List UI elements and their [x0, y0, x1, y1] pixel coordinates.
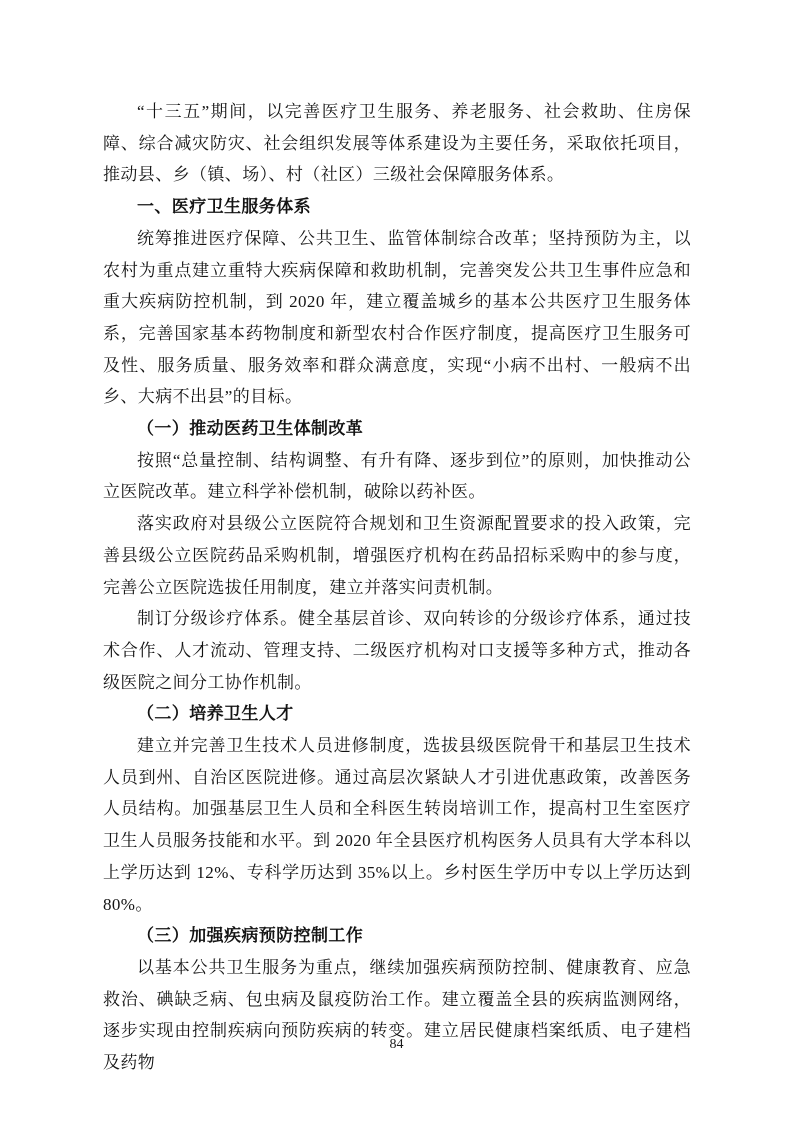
document-content: “十三五”期间，以完善医疗卫生服务、养老服务、社会救助、住房保障、综合减灾防灾、…	[103, 96, 691, 1079]
heading-promote-medical-system-reform: （一）推动医药卫生体制改革	[103, 413, 691, 445]
heading-strengthen-disease-prevention: （三）加强疾病预防控制工作	[103, 920, 691, 952]
paragraph-medical-health-overview: 统筹推进医疗保障、公共卫生、监管体制综合改革；坚持预防为主，以农村为重点建立重特…	[103, 223, 691, 413]
paragraph-county-hospital-policy: 落实政府对县级公立医院符合规划和卫生资源配置要求的投入政策，完善县级公立医院药品…	[103, 508, 691, 603]
heading-medical-health-service-system: 一、医疗卫生服务体系	[103, 191, 691, 223]
paragraph-disease-prevention-work: 以基本公共卫生服务为重点，继续加强疾病预防控制、健康教育、应急救治、碘缺乏病、包…	[103, 952, 691, 1079]
paragraph-health-talent-training: 建立并完善卫生技术人员进修制度，选拔县级医院骨干和基层卫生技术人员到州、自治区医…	[103, 730, 691, 920]
page-number: 84	[0, 1036, 793, 1054]
paragraph-public-hospital-reform: 按照“总量控制、结构调整、有升有降、逐步到位”的原则，加快推动公立医院改革。建立…	[103, 445, 691, 508]
paragraph-tiered-diagnosis-system: 制订分级诊疗体系。健全基层首诊、双向转诊的分级诊疗体系，通过技术合作、人才流动、…	[103, 603, 691, 698]
document-page: “十三五”期间，以完善医疗卫生服务、养老服务、社会救助、住房保障、综合减灾防灾、…	[0, 0, 793, 1122]
heading-cultivate-health-talent: （二）培养卫生人才	[103, 698, 691, 730]
paragraph-intro-13th-five-year-plan: “十三五”期间，以完善医疗卫生服务、养老服务、社会救助、住房保障、综合减灾防灾、…	[103, 96, 691, 191]
